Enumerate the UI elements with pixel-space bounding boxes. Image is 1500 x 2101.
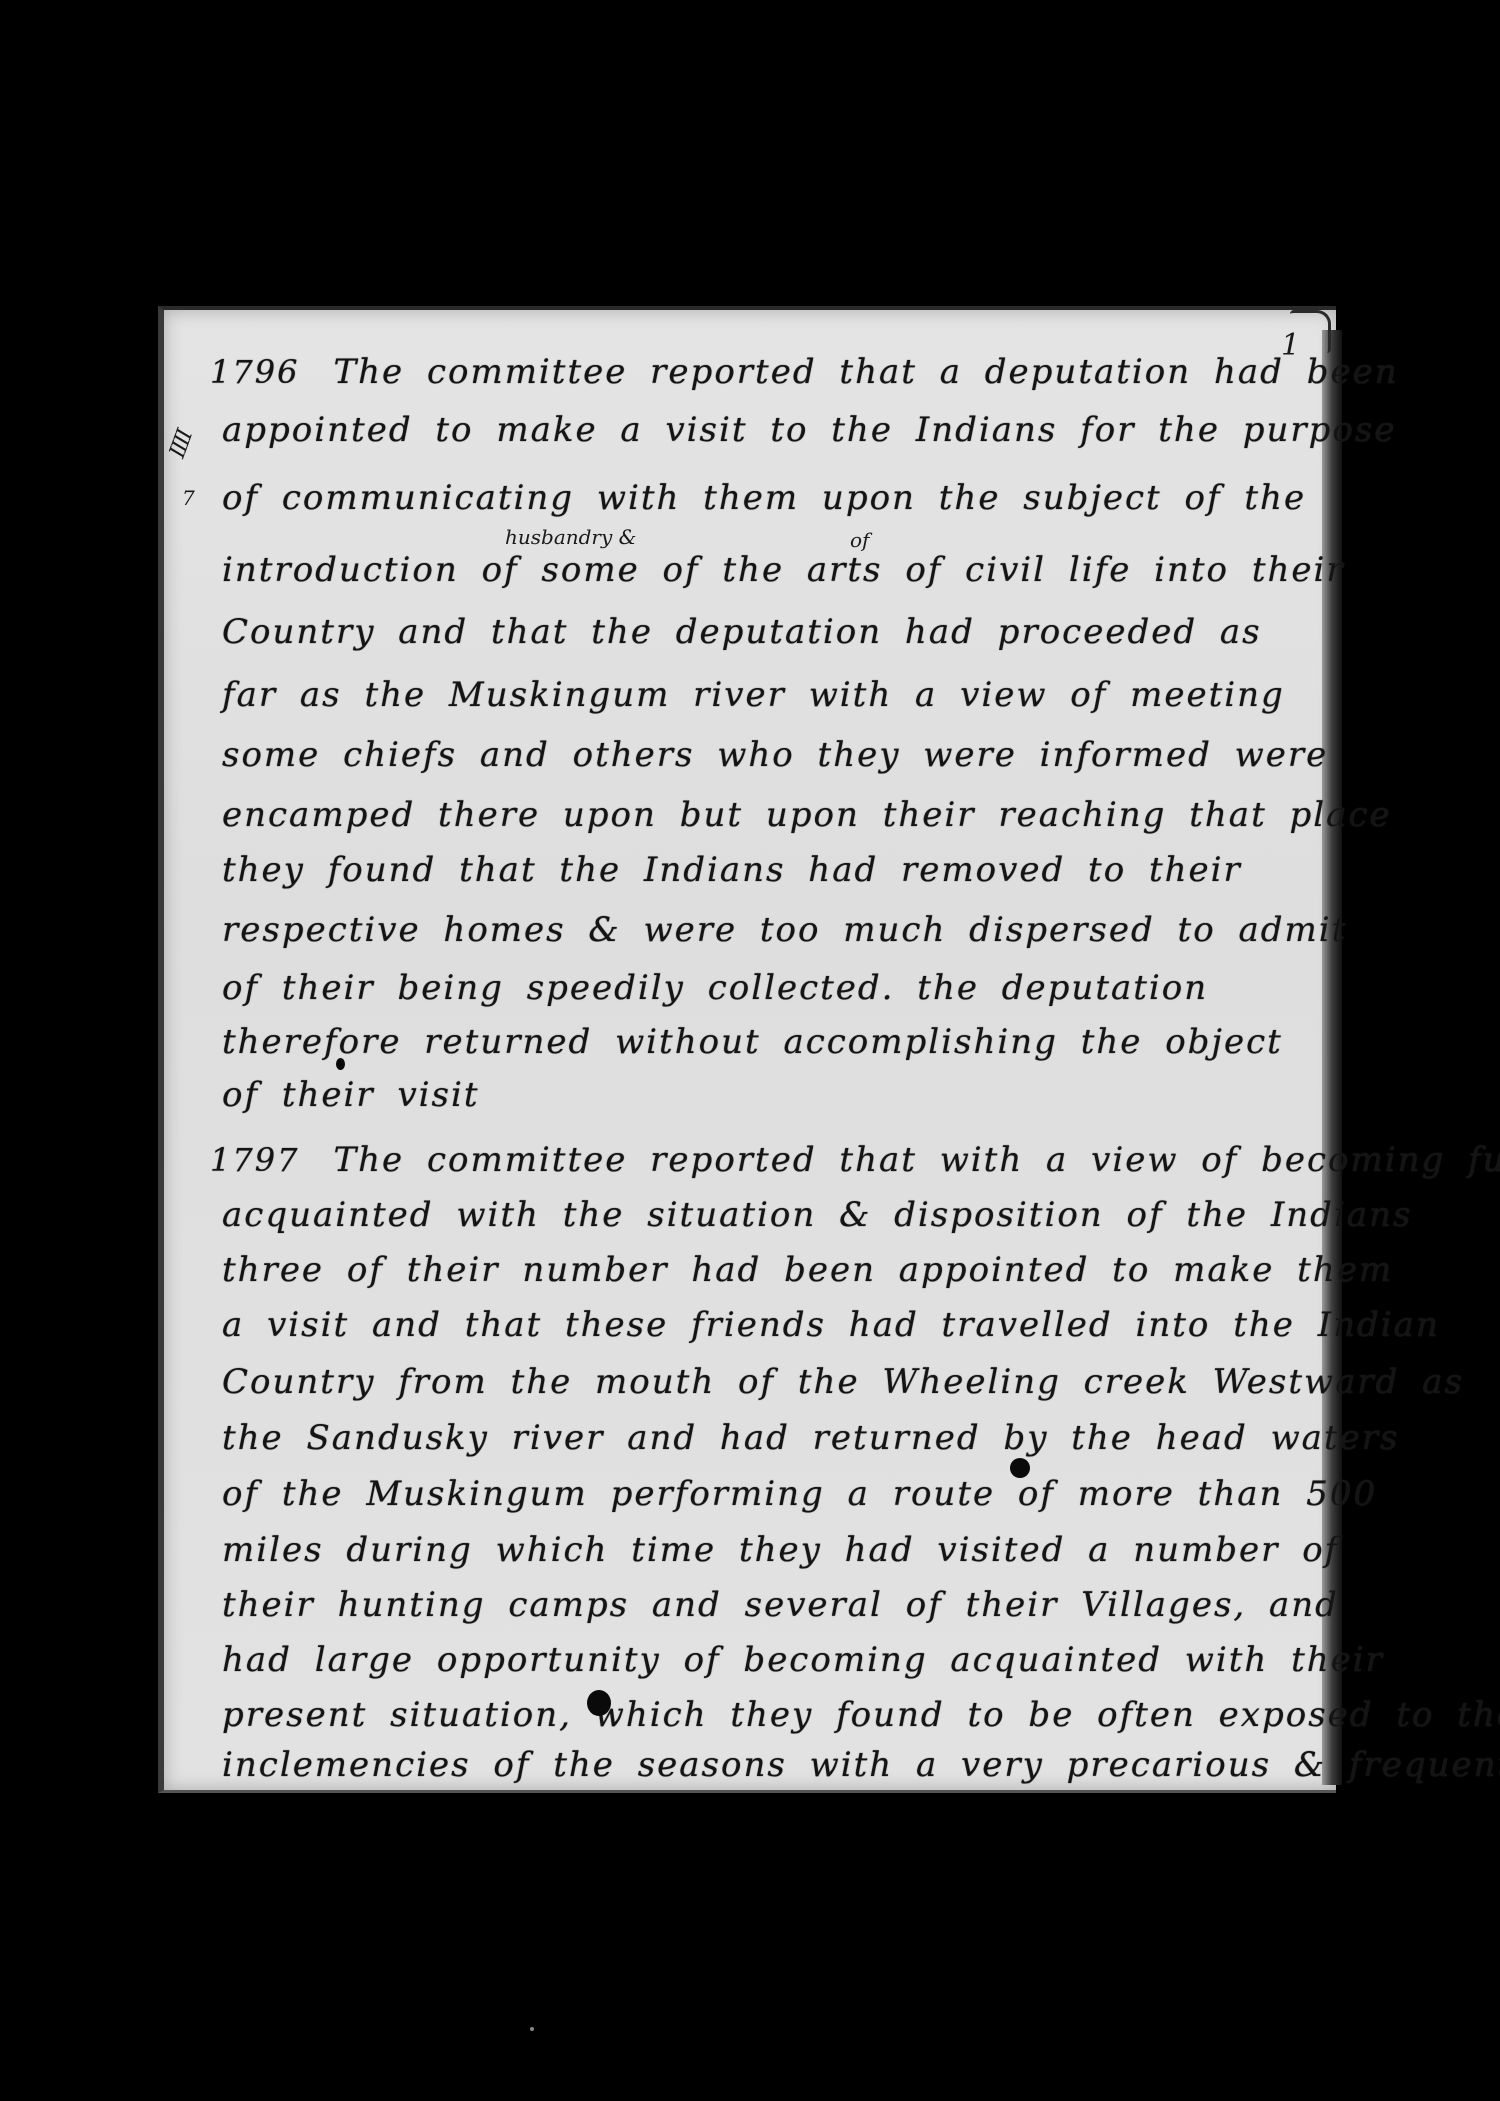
entry-1796-line-6: far as the Muskingum river with a view o… [222, 675, 1322, 715]
entry-1797-line-11: present situation, which they found to b… [222, 1695, 1322, 1735]
entry-1796-line-13: of their visit [222, 1075, 1322, 1115]
entry-1797-line-5: Country from the mouth of the Wheeling c… [222, 1362, 1322, 1402]
entry-1796-line-7: some chiefs and others who they were inf… [222, 735, 1322, 775]
entry-1797-line-7: of the Muskingum performing a route of m… [222, 1474, 1322, 1514]
entry-1796-line-3: of communicating with them upon the subj… [222, 478, 1322, 518]
scanned-document: 1 IIII 7 1796The committee reported that… [0, 0, 1500, 2101]
entry-1796-line-11: of their being speedily collected. the d… [222, 968, 1322, 1008]
entry-1796-line-5: Country and that the deputation had proc… [222, 612, 1322, 652]
entry-1797-line-3: three of their number had been appointed… [222, 1250, 1322, 1290]
line-text: The committee reported that with a view … [333, 1140, 1500, 1180]
entry-1796-line-8: encamped there upon but upon their reach… [222, 795, 1322, 835]
ink-blot [336, 1058, 345, 1070]
ink-blot [1010, 1458, 1030, 1478]
entry-year: 1796 [210, 353, 299, 391]
entry-1797-line-2: acquainted with the situation & disposit… [222, 1195, 1322, 1235]
line-text: The committee reported that a deputation… [333, 352, 1398, 392]
entry-1796-line-4: introduction of some of the arts of civi… [222, 550, 1322, 590]
interlinear-insertion: of [850, 528, 869, 552]
entry-1797-line-6: the Sandusky river and had returned by t… [222, 1418, 1322, 1458]
entry-1797-line-8: miles during which time they had visited… [222, 1530, 1322, 1570]
entry-1797-line-12: inclemencies of the seasons with a very … [222, 1745, 1322, 1785]
scan-dust [530, 2027, 534, 2031]
ink-blot [587, 1690, 611, 1716]
handwritten-text: 1796The committee reported that a deputa… [0, 0, 1500, 2101]
entry-1797-line-9: their hunting camps and several of their… [222, 1585, 1322, 1625]
entry-1797-line-1: 1797The committee reported that with a v… [210, 1140, 1310, 1180]
interlinear-insertion: husbandry & [505, 525, 636, 549]
entry-1796-line-12: therefore returned without accomplishing… [222, 1022, 1322, 1062]
entry-1796-line-1: 1796The committee reported that a deputa… [210, 352, 1310, 392]
entry-1797-line-10: had large opportunity of becoming acquai… [222, 1640, 1322, 1680]
entry-1796-line-10: respective homes & were too much dispers… [222, 910, 1322, 950]
entry-1796-line-9: they found that the Indians had removed … [222, 850, 1322, 890]
entry-year: 1797 [210, 1141, 299, 1179]
entry-1796-line-2: appointed to make a visit to the Indians… [222, 410, 1322, 450]
entry-1797-line-4: a visit and that these friends had trave… [222, 1305, 1322, 1345]
